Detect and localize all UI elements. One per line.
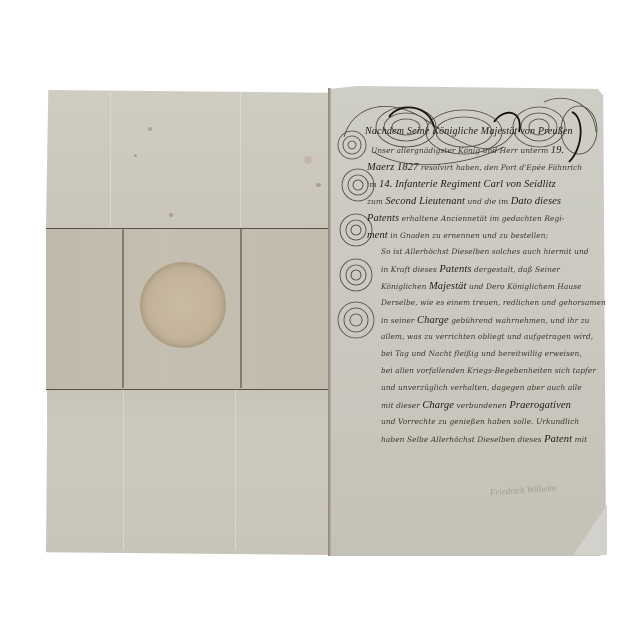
text-line: im 14. Infanterie Regiment Carl von Seid… (367, 179, 556, 190)
text-line: bei Tag und Nacht fleißig und bereitwill… (381, 349, 582, 358)
border-flourish-icon (334, 120, 380, 370)
text-line: Unser allergnädigster König und Herr unt… (371, 145, 564, 156)
document-photo: Nachdem Seine Königliche Majestät von Pr… (0, 0, 640, 640)
text-line: allem, was zu verrichten obliegt und auf… (381, 332, 593, 341)
crease (123, 390, 124, 550)
text-line: zum Second Lieutenant und die im Dato di… (367, 196, 561, 207)
stain (148, 127, 152, 131)
stain (316, 183, 321, 187)
document-headline: Nachdem Seine Königliche Majestät von Pr… (365, 126, 573, 137)
text-line: in seiner Charge gebührend wahrnehmen, u… (381, 315, 590, 326)
fold-line (240, 228, 242, 388)
text-line: Derselbe, wie es einem treuen, redlichen… (381, 298, 606, 307)
stain (304, 156, 312, 164)
crease (110, 92, 111, 227)
stain (134, 154, 137, 157)
text-line: Patents erhaltene Anciennetät im gedacht… (367, 213, 564, 224)
text-line: und Vorrechte zu genießen haben solle. U… (381, 417, 579, 426)
embossed-seal (140, 262, 226, 348)
text-line: Königlichen Majestät und Dero Königliche… (381, 281, 582, 292)
center-fold (328, 88, 331, 556)
stain (169, 213, 173, 217)
text-line: und unverzüglich verhalten, dagegen aber… (381, 383, 582, 392)
text-line: haben Selbe Allerhöchst Dieselben dieses… (381, 434, 587, 445)
text-line: Maerz 1827 resolvirt haben, den Port d'E… (367, 162, 582, 173)
fold-line (122, 228, 124, 388)
crease (240, 92, 241, 227)
text-line: So ist Allerhöchst Dieselben solches auc… (381, 247, 589, 256)
text-line: bei allen vorfallenden Kriegs-Begebenhei… (381, 366, 596, 375)
text-line: ment in Gnaden zu ernennen und zu bestel… (367, 230, 548, 241)
text-line: in Kraft dieses Patents dergestalt, daß … (381, 264, 560, 275)
text-line: mit dieser Charge verbundenen Praerogati… (381, 400, 571, 411)
crease (235, 390, 236, 550)
